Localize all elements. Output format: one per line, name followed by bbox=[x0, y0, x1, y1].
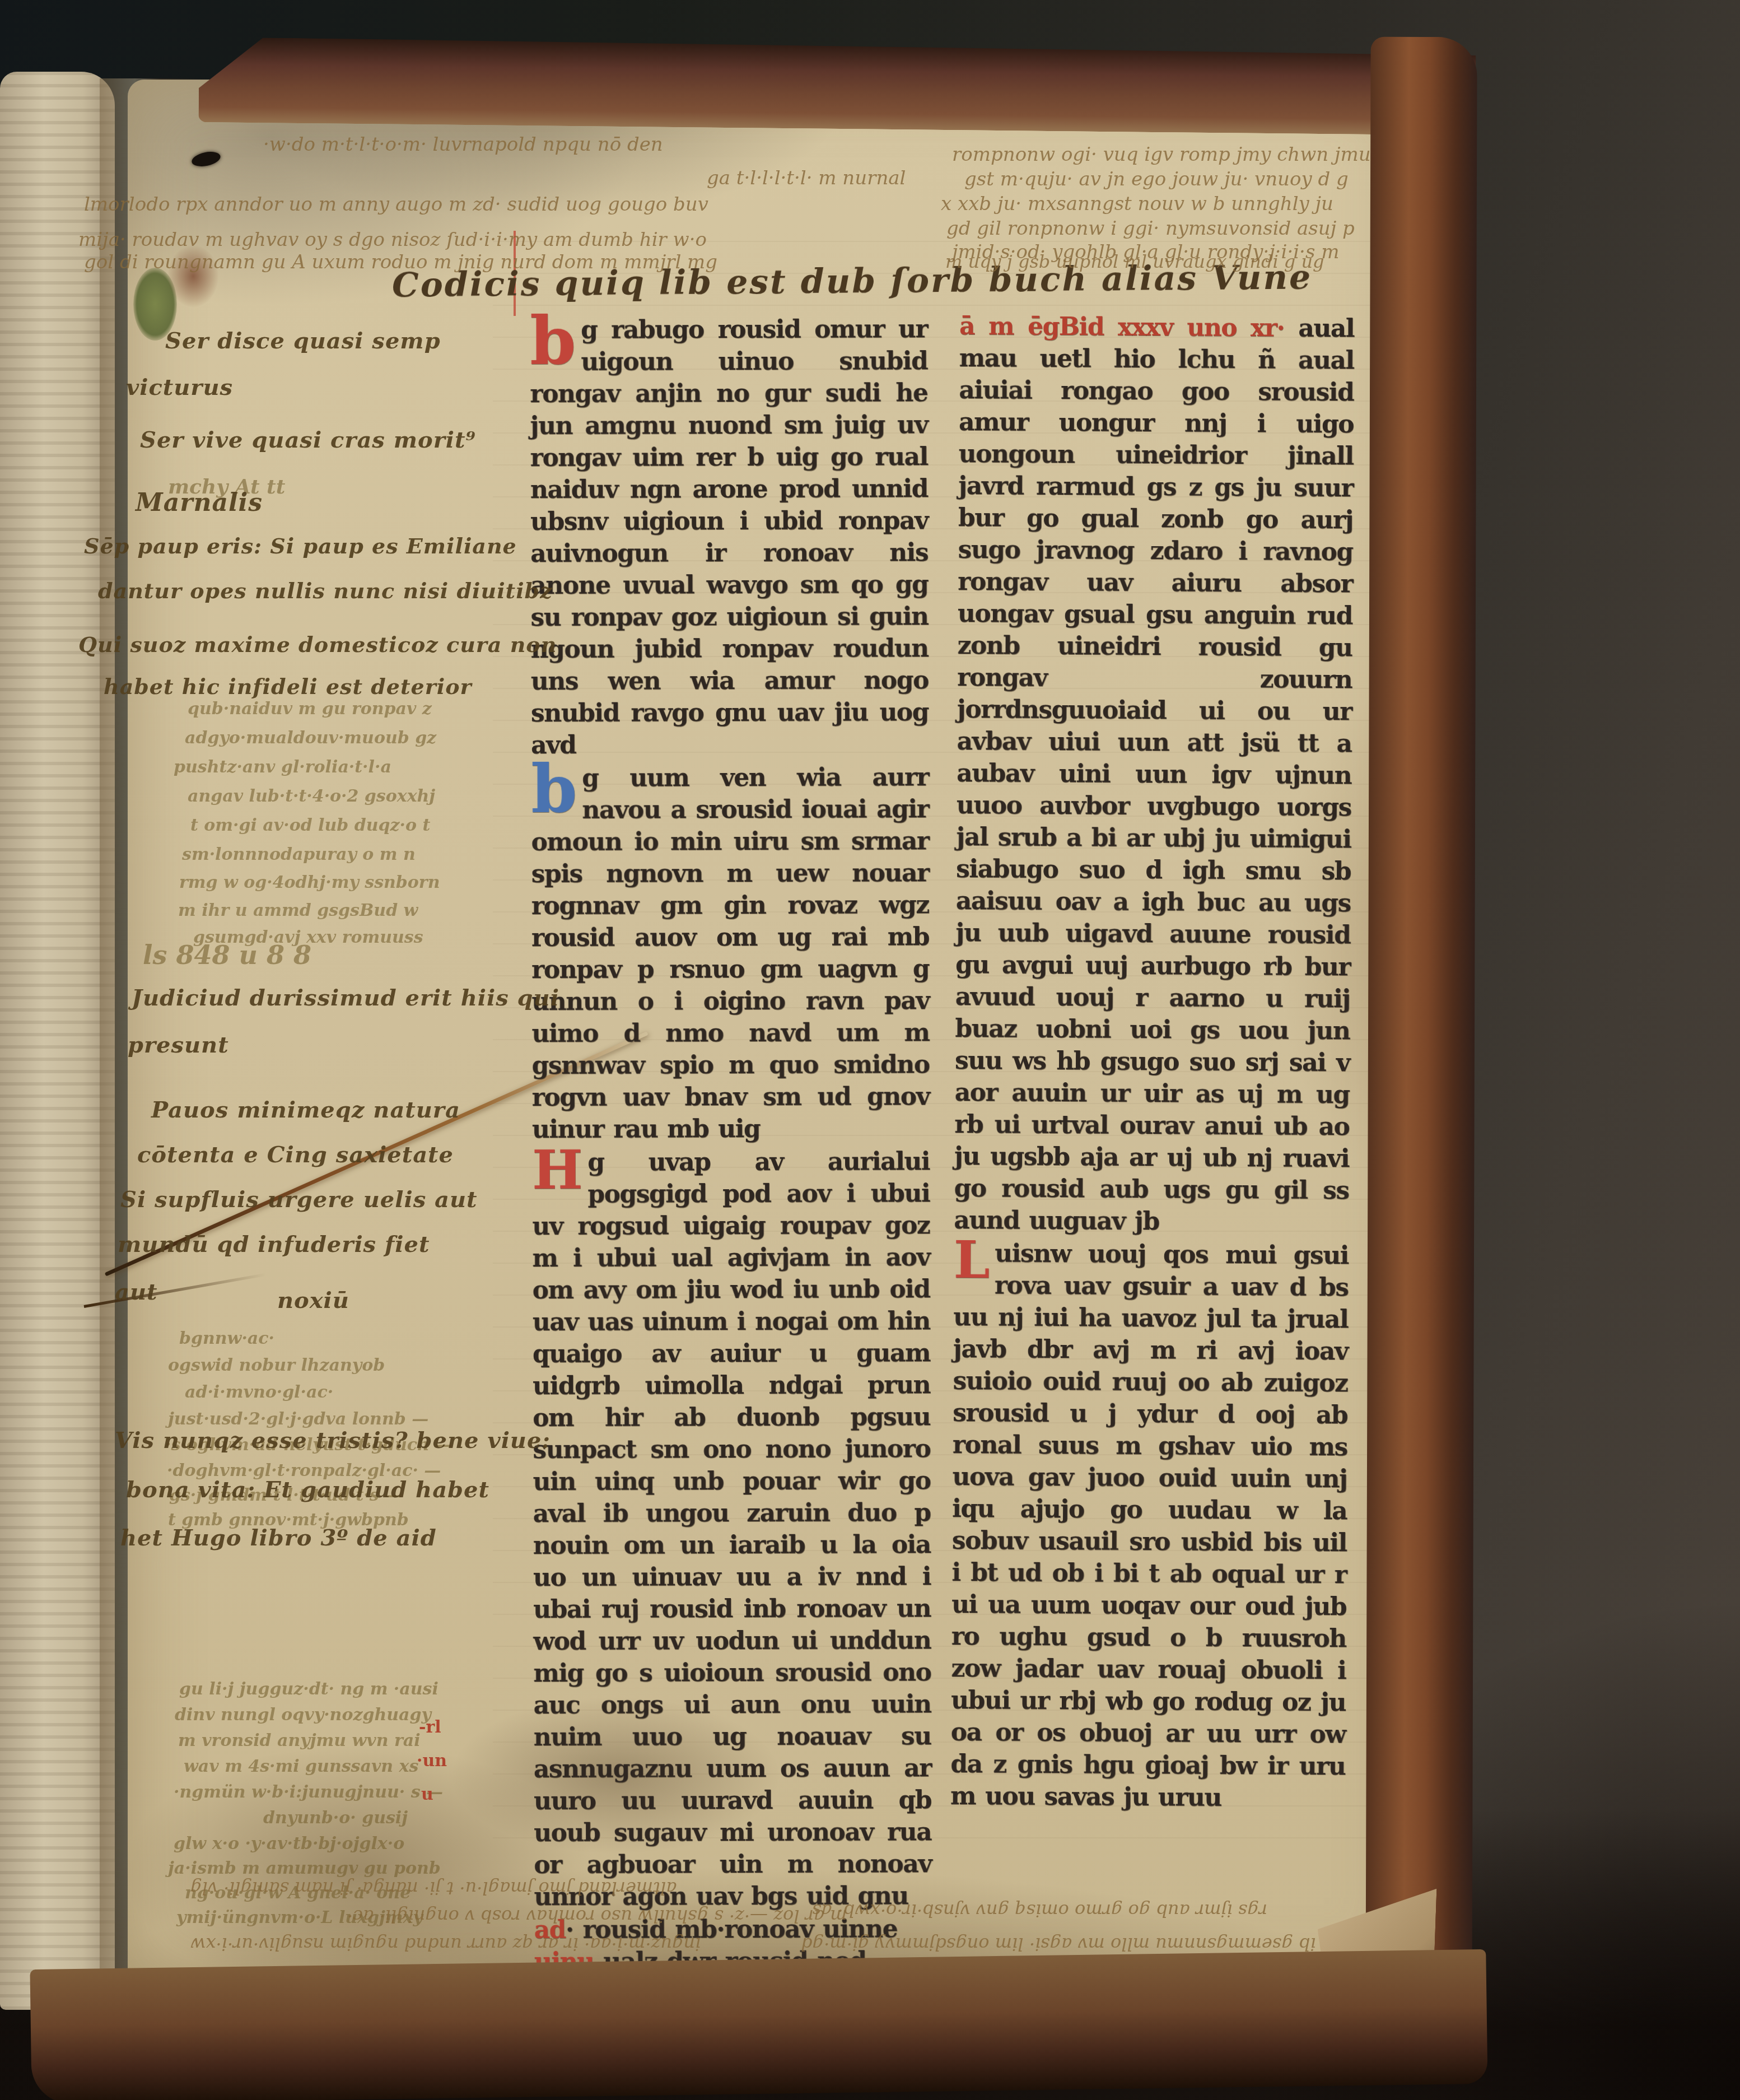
gothic-text-block: ā m ēgBid xxxv uno xr· aual mau uetl hio… bbox=[954, 310, 1354, 1238]
margin-faded-line: glw x·o ·y·av·tb·bj·ojglx·o bbox=[174, 1834, 404, 1854]
top-annotation: lmorlodo rpx anndor uo m anny augo m zd·… bbox=[84, 193, 708, 216]
margin-faded-line: ·ngmün w·b·i:junugjnuu· s — bbox=[174, 1782, 443, 1802]
margin-faded-line: dnyunb·o· gusij bbox=[263, 1808, 408, 1828]
margin-list-line: ogswid nobur lhzanyob bbox=[168, 1356, 385, 1375]
margin-note: dantur opes nullis nunc nisi diuitibz bbox=[98, 578, 553, 603]
bottom-inverted-line: rgs ijmr aub go grmo omisq gnv vjnsb·ir·… bbox=[812, 1900, 1267, 1921]
text-run: aual mau uetl hio lchu ñ aual aiuiai ron… bbox=[954, 314, 1354, 1236]
illuminated-initial: b bbox=[531, 762, 582, 816]
margin-faded-line: angav lub·t·t·4·o·2 gsoxxhj bbox=[188, 786, 435, 806]
margin-note: noxiū bbox=[277, 1287, 349, 1314]
text-column-left: bg rabugo rousid omur ur uigoun uinuo sn… bbox=[530, 313, 932, 2011]
margin-note: Ser vive quasi cras morit⁹ bbox=[140, 427, 476, 453]
margin-faded-line: m ihr u ammd gsgsBud w bbox=[178, 901, 418, 920]
margin-note: Judiciud durissimud erit hiis qui bbox=[132, 985, 559, 1011]
margin-faded-line: dinv nungl oqvy·nozghuagy bbox=[175, 1705, 431, 1725]
margin-list-line: bgnnw·ac· bbox=[179, 1329, 274, 1348]
margin-faded-line: rmg w og·4odhj·my ssnborn bbox=[179, 873, 440, 892]
leather-binding-right bbox=[1365, 37, 1477, 2038]
leather-binding-top bbox=[198, 37, 1476, 136]
text-column-right: ā m ēgBid xxxv uno xr· aual mau uetl hio… bbox=[950, 310, 1354, 1815]
top-annotation: mija· roudav m ughvav oy s dgo nisoz ſud… bbox=[78, 229, 707, 251]
margin-note: Vis nunqz esse tristis? bene viue: bbox=[115, 1427, 551, 1454]
top-annotation: gol di roungnamn gu A uxum roduo m jnig … bbox=[84, 251, 717, 273]
margin-faded-line: t om·gi av·od lub duqz·o t bbox=[190, 816, 430, 835]
margin-note: Qui suoz maxime domesticoz cura non bbox=[78, 632, 557, 657]
margin-note: mundū qd infuderis fiet bbox=[118, 1231, 430, 1258]
margin-note: presunt bbox=[128, 1032, 229, 1058]
margin-note: Marnalis bbox=[136, 488, 263, 517]
illuminated-initial: L bbox=[954, 1237, 995, 1282]
top-annotation-right: x xxb ju· mxsanngst nouv w b unnghly ju bbox=[941, 193, 1333, 215]
margin-marks: ls 848 u 8 8 bbox=[143, 940, 311, 970]
top-annotation-right: m uqy j gsb uupnol ml uvraugx gindi g ug bbox=[945, 251, 1324, 272]
top-annotation-right: rompnonw ogi· vuq igv romp jmy chwn jmu bbox=[952, 143, 1371, 166]
manuscript-photo: Codicis quiq lib est dub ſorb buch alias… bbox=[0, 0, 1740, 2100]
margin-faded-line: qub·naiduv m gu ronpav z bbox=[188, 699, 432, 719]
bottom-inverted-line: inguz·m·i·aa· ir ar qz aurr undnd ngugim… bbox=[190, 1934, 701, 1955]
margin-faded-line: adgyo·mualdouv·muoub gz bbox=[185, 728, 436, 748]
bottom-inverted-line: m ar loz —·z· s gshuilw uso romhav rosb … bbox=[347, 1906, 847, 1927]
top-annotation-right: gd gil ronpnonw i ggi· nymsuvonsid asuj … bbox=[946, 217, 1355, 240]
margin-note: Ser disce quasi semp bbox=[165, 328, 441, 354]
margin-list-line: ad·i·mvno·gl·ac· bbox=[185, 1382, 333, 1402]
gothic-text-block: bg rabugo rousid omur ur uigoun uinuo sn… bbox=[530, 313, 929, 761]
margin-red-mark: u bbox=[421, 1785, 433, 1804]
bottom-inverted-line: altmerland jmo jmagl·u· t ji· nanga· ji … bbox=[190, 1878, 677, 1899]
rubric-text: ā m ēgBid xxxv uno xr· bbox=[959, 312, 1285, 343]
gothic-text-block: bg uum ven wia aurr navou a srousid ioua… bbox=[531, 761, 930, 1146]
margin-red-mark: -rl bbox=[419, 1717, 441, 1737]
gothic-text-block: Luisnw uouj qos mui gsui rova uav gsuir … bbox=[950, 1237, 1349, 1814]
margin-note: Pauos minimeqz natura bbox=[151, 1097, 460, 1123]
margin-list-line: just·usd·2·gl·j·gdva lonnb — bbox=[168, 1409, 428, 1429]
margin-note: Sēp paup eris: Si paup es Emiliane bbox=[84, 533, 517, 558]
margin-note: cōtenta e Cing saxietate bbox=[137, 1142, 454, 1168]
leather-binding-bottom bbox=[30, 1949, 1487, 2100]
margin-note: het Hugo libro 3º de aid bbox=[120, 1525, 437, 1551]
margin-note: Si supfluis urgere uelis aut bbox=[120, 1186, 478, 1213]
gothic-text-block: Hg uvap av aurialui pogsgigd pod aov i u… bbox=[532, 1146, 932, 1913]
illuminated-initial: b bbox=[530, 314, 581, 367]
margin-red-mark: ·un bbox=[417, 1751, 447, 1771]
margin-faded-line: sm·lonnnodapuray o m n bbox=[182, 845, 416, 864]
illuminated-initial: H bbox=[532, 1147, 587, 1194]
page-block-edge bbox=[0, 72, 115, 2010]
margin-faded-line: pushtz·anv gl·rolia·t·l·a bbox=[174, 757, 391, 777]
margin-faded-line: ja·ismb m amumugv gu ponb bbox=[168, 1859, 441, 1878]
margin-note: habet hic infideli est deterior bbox=[104, 674, 472, 699]
bottom-inverted-line: ib gsemmgsnnmu mllo mv agsi· lim ongsdjm… bbox=[801, 1934, 1316, 1955]
margin-faded-line: wav m 4s·mi gunssavn xs bbox=[184, 1757, 418, 1776]
margin-faded-line: gu li·j jugguz·dt· ng m ·ausi bbox=[179, 1679, 439, 1699]
margin-faded-line: m vronsid anyjmu wvn rai bbox=[178, 1731, 421, 1750]
top-annotation: ga t·l·l·l·t·l· m nurnal bbox=[707, 167, 906, 189]
margin-note: bona vita: Et gaudiud habet bbox=[126, 1477, 489, 1503]
margin-note: victurus bbox=[126, 374, 233, 401]
top-annotation-right: gst m·quju· av jn ego jouw ju· vnuoy d g bbox=[964, 168, 1349, 190]
top-annotation: ·w·do m·t·l·t·o·m· luvrnapold npqu nō de… bbox=[263, 133, 663, 156]
margin-note: aut bbox=[115, 1279, 157, 1305]
